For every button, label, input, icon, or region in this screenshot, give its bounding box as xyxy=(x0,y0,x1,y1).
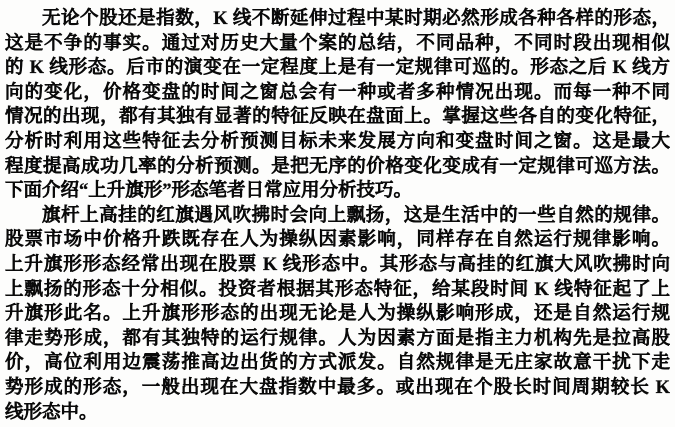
text-line: 向的变化，价格变盘的时间之窗总会有一种或者多种情况出现。而每一种不同 xyxy=(5,81,670,106)
text-line: 这是不争的事实。通过对历史大量个案的总结，不同品种，不同时段出现相似 xyxy=(5,32,670,57)
text-line: 情况的出现，都有其独有显著的特征反映在盘面上。掌握这些各自的变化特征， xyxy=(5,105,670,130)
text-line: 下面介绍“上升旗形”形态笔者日常应用分析技巧。 xyxy=(5,179,670,204)
document-page: 无论个股还是指数，K 线不断延伸过程中某时期必然形成各种各样的形态，这是不争的事… xyxy=(0,0,675,427)
text-line: 上飘扬的形态十分相似。投资者根据其形态特征，给某段时间 K 线特征起了上 xyxy=(5,278,670,303)
text-line: 律走势形成，都有其独特的运行规律。人为因素方面是指主力机构先是拉高股 xyxy=(5,327,670,352)
text-line: 分析时利用这些特征去分析预测目标未来发展方向和变盘时间之窗。这是最大 xyxy=(5,130,670,155)
text-line: 升旗形此名。上升旗形形态的出现无论是人为操纵影响形成，还是自然运行规 xyxy=(5,302,670,327)
text-line: 程度提高成功几率的分析预测。是把无序的价格变化变成有一定规律可巡方法。 xyxy=(5,155,670,180)
text-line: 股票市场中价格升跌既存在人为操纵因素影响，同样存在自然运行规律影响。 xyxy=(5,228,670,253)
text-line: 线形态中。 xyxy=(5,401,670,426)
text-line: 无论个股还是指数，K 线不断延伸过程中某时期必然形成各种各样的形态， xyxy=(5,7,670,32)
text-line: 上升旗形形态经常出现在股票 K 线形态中。其形态与高挂的红旗大风吹拂时向 xyxy=(5,253,670,278)
text-line: 的 K 线形态。后市的演变在一定程度上是有一定规律可巡的。形态之后 K 线方 xyxy=(5,56,670,81)
text-line: 势形成的形态，一般出现在大盘指数中最多。或出现在个股长时间周期较长 K xyxy=(5,376,670,401)
text-line: 旗杆上高挂的红旗遇风吹拂时会向上飘扬，这是生活中的一些自然的规律。 xyxy=(5,204,670,229)
document-text: 无论个股还是指数，K 线不断延伸过程中某时期必然形成各种各样的形态，这是不争的事… xyxy=(5,7,670,425)
text-line: 价，高位利用边震荡推高边出货的方式派发。自然规律是无庄家故意干扰下走 xyxy=(5,351,670,376)
